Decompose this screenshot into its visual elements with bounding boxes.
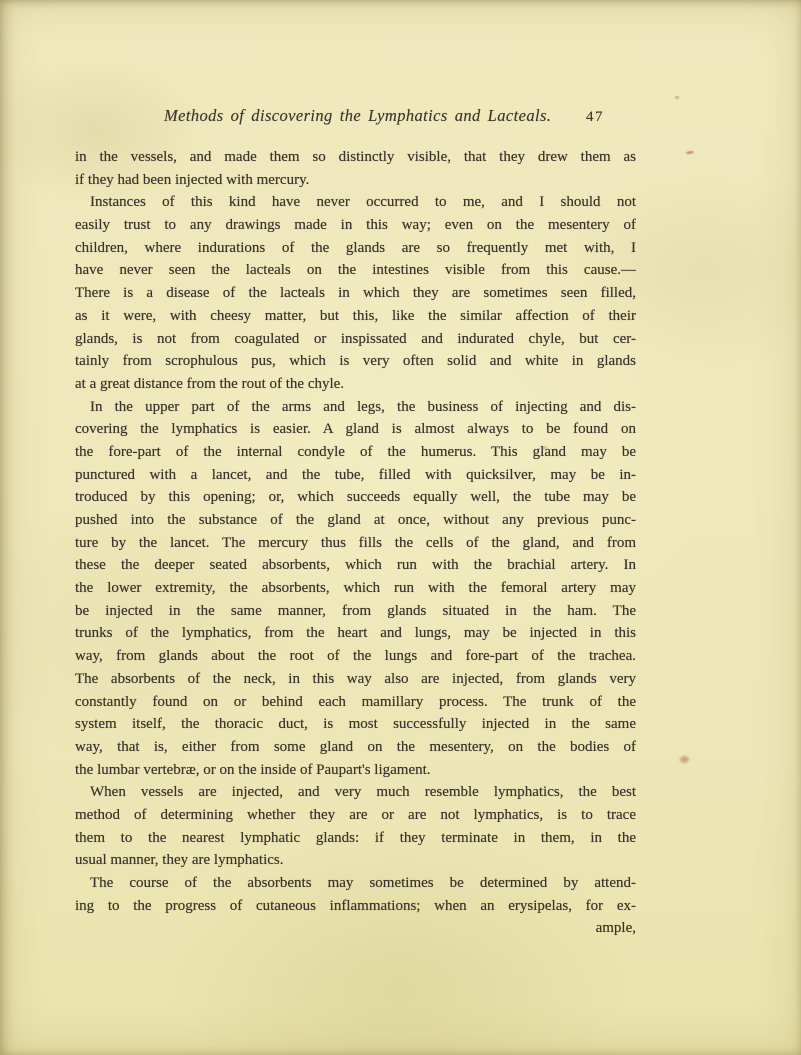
- body-line: in the vessels, and made them so distinc…: [75, 146, 636, 169]
- body-line: ture by the lancet. The mercury thus fil…: [75, 532, 636, 555]
- body-line: punctured with a lancet, and the tube, f…: [75, 464, 636, 487]
- body-line: if they had been injected with mercury.: [75, 169, 636, 192]
- body-line: troduced by this opening; or, which succ…: [75, 486, 636, 509]
- text-block: in the vessels, and made them so distinc…: [75, 146, 636, 940]
- body-line: In the upper part of the arms and legs, …: [75, 396, 636, 419]
- body-line: When vessels are injected, and very much…: [75, 781, 636, 804]
- body-line: method of determining whether they are o…: [75, 804, 636, 827]
- book-page-scan: Methods of discovering the Lymphatics an…: [0, 0, 801, 1055]
- body-line: constantly found on or behind each mamil…: [75, 691, 636, 714]
- body-line: have never seen the lacteals on the inte…: [75, 259, 636, 282]
- body-line: There is a disease of the lacteals in wh…: [75, 282, 636, 305]
- running-head: Methods of discovering the Lymphatics an…: [0, 106, 801, 132]
- body-line: trunks of the lymphatics, from the heart…: [75, 622, 636, 645]
- foxing-spot: [686, 150, 694, 154]
- body-line: covering the lymphatics is easier. A gla…: [75, 418, 636, 441]
- body-line: the lumbar vertebræ, or on the inside of…: [75, 759, 636, 782]
- body-line: tainly from scrophulous pus, which is ve…: [75, 350, 636, 373]
- body-line: Instances of this kind have never occurr…: [75, 191, 636, 214]
- body-line: them to the nearest lymphatic glands: if…: [75, 827, 636, 850]
- body-line: way, from glands about the root of the l…: [75, 645, 636, 668]
- catchword: ample,: [75, 917, 636, 940]
- body-line: these the deeper seated absorbents, whic…: [75, 554, 636, 577]
- body-line: usual manner, they are lymphatics.: [75, 849, 636, 872]
- foxing-spot: [680, 756, 689, 763]
- running-title: Methods of discovering the Lymphatics an…: [164, 106, 551, 126]
- body-line: glands, is not from coagulated or inspis…: [75, 328, 636, 351]
- body-line: as it were, with cheesy matter, but this…: [75, 305, 636, 328]
- body-line: children, where indurations of the gland…: [75, 237, 636, 260]
- body-line: The course of the absorbents may sometim…: [75, 872, 636, 895]
- body-line: at a great distance from the rout of the…: [75, 373, 636, 396]
- body-line: the fore-part of the internal condyle of…: [75, 441, 636, 464]
- body-line: be injected in the same manner, from gla…: [75, 600, 636, 623]
- body-line: ing to the progress of cutaneous inflamm…: [75, 895, 636, 918]
- body-line: the lower extremity, the absorbents, whi…: [75, 577, 636, 600]
- page-number: 47: [586, 109, 604, 126]
- foxing-spot: [675, 96, 679, 99]
- body-line: The absorbents of the neck, in this way …: [75, 668, 636, 691]
- body-line: way, that is, either from some gland on …: [75, 736, 636, 759]
- body-line: system itself, the thoracic duct, is mos…: [75, 713, 636, 736]
- body-line: easily trust to any drawings made in thi…: [75, 214, 636, 237]
- body-line: pushed into the substance of the gland a…: [75, 509, 636, 532]
